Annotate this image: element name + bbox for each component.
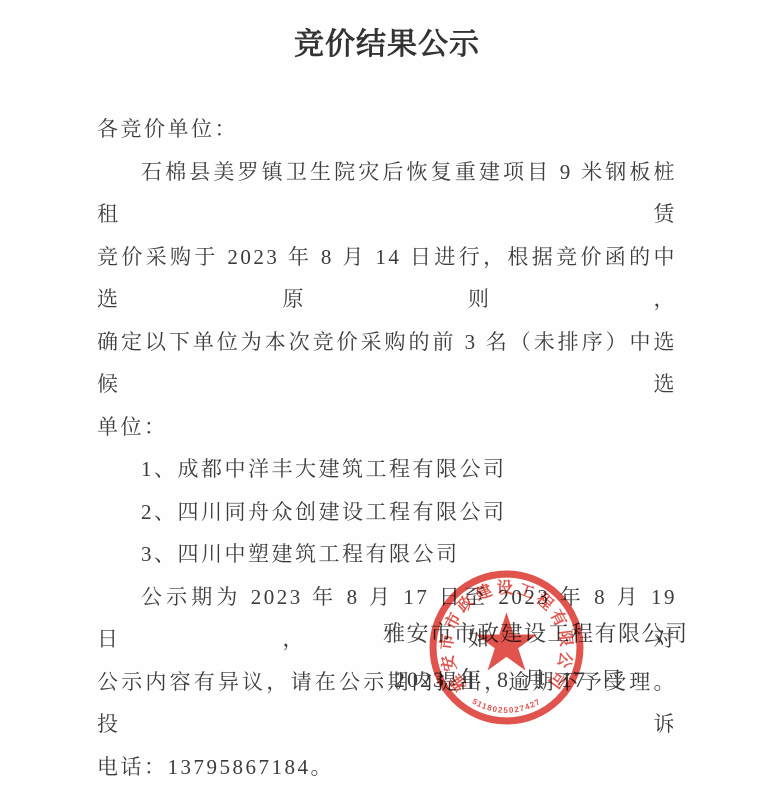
phone-line: 电话：13795867184。	[97, 746, 677, 789]
seal-star-icon	[476, 612, 537, 670]
company-seal-icon: 雅安市市政建设工程有限公司 5118025027427	[426, 567, 587, 728]
salutation-line: 各竞价单位：	[97, 108, 677, 151]
body-line: 石棉县美罗镇卫生院灾后恢复重建项目 9 米钢板桩租赁	[97, 151, 677, 236]
document-page: 竞价结果公示 各竞价单位： 石棉县美罗镇卫生院灾后恢复重建项目 9 米钢板桩租赁…	[0, 0, 774, 795]
page-title: 竞价结果公示	[0, 27, 774, 63]
body-line: 单位：	[97, 406, 677, 449]
body-line: 竞价采购于 2023 年 8 月 14 日进行，根据竞价函的中选原则，	[97, 236, 677, 321]
body-line: 确定以下单位为本次竞价采购的前 3 名（未排序）中选候选	[97, 321, 677, 406]
seal-number: 5118025027427	[471, 697, 543, 715]
candidate-item: 3、四川中塑建筑工程有限公司	[97, 533, 677, 576]
candidate-item: 1、成都中洋丰大建筑工程有限公司	[97, 448, 677, 491]
candidate-item: 2、四川同舟众创建设工程有限公司	[97, 491, 677, 534]
